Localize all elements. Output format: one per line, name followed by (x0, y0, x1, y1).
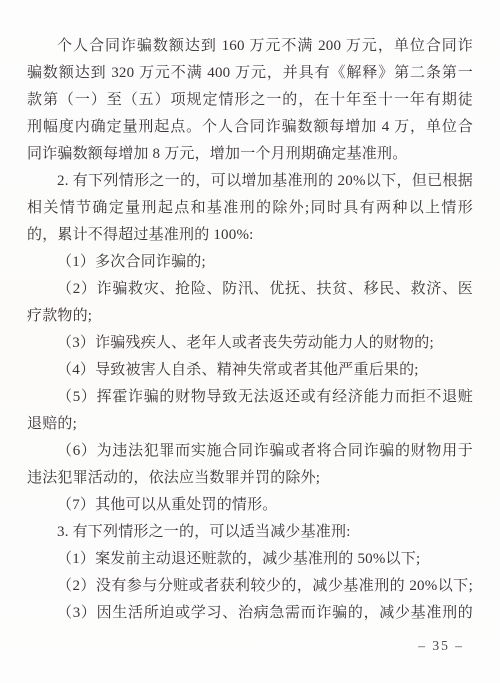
text-line: （5）挥霍诈骗的财物导致无法返还或有经济能力而拒不退赃 (27, 384, 473, 411)
text-line: （2）没有参与分赃或者获利较少的，减少基准刑的 20%以下; (27, 573, 473, 600)
text-line: 3. 有下列情形之一的，可以适当减少基准刑: (27, 519, 473, 546)
text-line: 个人合同诈骗数额达到 160 万元不满 200 万元，单位合同诈 (27, 33, 473, 60)
text-line: （7）其他可以从重处罚的情形。 (27, 492, 473, 519)
page-number: – 35 – (418, 638, 464, 654)
text-line: （6）为违法犯罪而实施合同诈骗或者将合同诈骗的财物用于 (27, 438, 473, 465)
document-page: 个人合同诈骗数额达到 160 万元不满 200 万元，单位合同诈骗数额达到 32… (0, 0, 500, 683)
text-line: 骗数额达到 320 万元不满 400 万元，并具有《解释》第二条第一 (27, 60, 473, 87)
text-line: 的，累计不得超过基准刑的 100%: (27, 222, 473, 249)
text-line: （3）诈骗残疾人、老年人或者丧失劳动能力人的财物的; (27, 330, 473, 357)
text-line: 同诈骗数额每增加 8 万元，增加一个月刑期确定基准刑。 (27, 141, 473, 168)
text-line: 相关情节确定量刑起点和基准刑的除外;同时具有两种以上情形 (27, 195, 473, 222)
text-line: 退赔的; (27, 411, 473, 438)
text-line: （1）案发前主动退还赃款的，减少基准刑的 50%以下; (27, 546, 473, 573)
text-line: 2. 有下列情形之一的，可以增加基准刑的 20%以下，但已根据 (27, 168, 473, 195)
text-line: （4）导致被害人自杀、精神失常或者其他严重后果的; (27, 357, 473, 384)
text-line: （1）多次合同诈骗的; (27, 249, 473, 276)
text-line: （2）诈骗救灾、抢险、防汛、优抚、扶贫、移民、救济、医 (27, 276, 473, 303)
text-line: 违法犯罪活动的，依法应当数罪并罚的除外; (27, 465, 473, 492)
document-body: 个人合同诈骗数额达到 160 万元不满 200 万元，单位合同诈骗数额达到 32… (27, 33, 473, 627)
text-line: 疗款物的; (27, 303, 473, 330)
text-line: （3）因生活所迫或学习、治病急需而诈骗的，减少基准刑的 (27, 600, 473, 627)
text-line: 款第（一）至（五）项规定情形之一的，在十年至十一年有期徒 (27, 87, 473, 114)
text-line: 刑幅度内确定量刑起点。个人合同诈骗数额每增加 4 万，单位合 (27, 114, 473, 141)
